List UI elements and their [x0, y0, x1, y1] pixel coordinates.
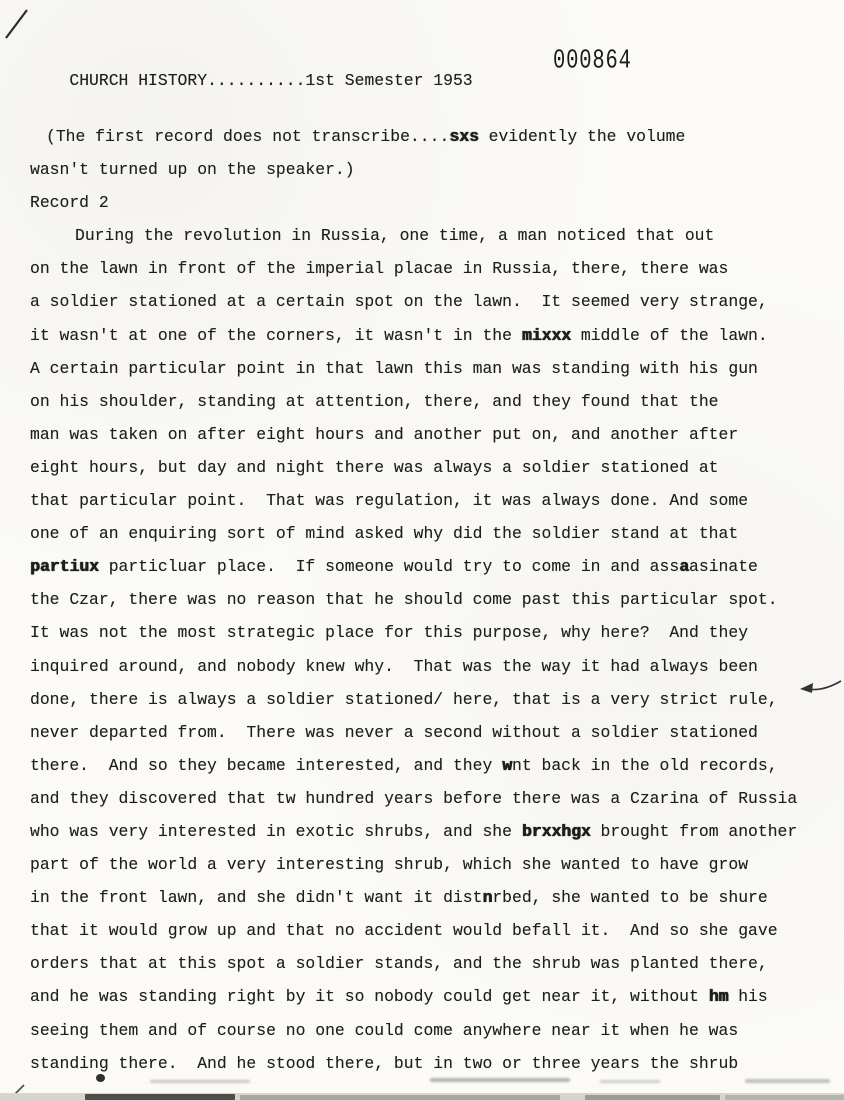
transcript-body: (The first record does not transcribe...…	[30, 120, 830, 1080]
typewritten-line: that particular point. That was regulati…	[30, 484, 830, 517]
typewritten-line: man was taken on after eight hours and a…	[30, 418, 830, 451]
text-segment: nt back in the old records,	[512, 756, 778, 775]
typewritten-line: on his shoulder, standing at attention, …	[30, 385, 830, 418]
overstruck-text: a	[679, 557, 689, 576]
typewritten-line: standing there. And he stood there, but …	[30, 1047, 830, 1080]
text-segment: brought from another	[591, 822, 798, 841]
top-left-slash-mark	[6, 10, 27, 38]
scan-artifact-smudge	[430, 1078, 570, 1082]
overstruck-text: sxs	[449, 127, 479, 146]
typewritten-line: never departed from. There was never a s…	[30, 716, 830, 749]
typewritten-line: in the front lawn, and she didn't want i…	[30, 881, 830, 914]
text-segment: who was very interested in exotic shrubs…	[30, 822, 522, 841]
typewritten-line: wasn't turned up on the speaker.)	[30, 153, 830, 186]
page-header: CHURCH HISTORY..........1st Semester 195…	[30, 52, 820, 128]
text-segment: A certain particular point in that lawn …	[30, 359, 758, 378]
scan-edge-segment	[85, 1094, 235, 1100]
text-segment: it wasn't at one of the corners, it wasn…	[30, 326, 522, 345]
text-segment: part of the world a very interesting shr…	[30, 855, 748, 874]
text-segment: there. And so they became interested, an…	[30, 756, 502, 775]
scan-edge-segment	[240, 1095, 560, 1100]
bottom-scan-edge	[0, 1093, 844, 1101]
typewritten-line: and they discovered that tw hundred year…	[30, 782, 830, 815]
text-segment: Record 2	[30, 193, 109, 212]
scan-edge-segment	[585, 1095, 720, 1100]
course-title: CHURCH HISTORY..........1st Semester 195…	[69, 71, 472, 90]
text-segment: middle of the lawn.	[571, 326, 768, 345]
typewritten-line: the Czar, there was no reason that he sh…	[30, 583, 830, 616]
text-segment: It was not the most strategic place for …	[30, 623, 748, 642]
text-segment: that particular point. That was regulati…	[30, 491, 748, 510]
typewritten-line: It was not the most strategic place for …	[30, 616, 830, 649]
text-segment: seeing them and of course no one could c…	[30, 1021, 738, 1040]
typewritten-line: During the revolution in Russia, one tim…	[30, 219, 830, 252]
typewritten-line: orders that at this spot a soldier stand…	[30, 947, 830, 980]
text-segment: evidently the volume	[479, 127, 686, 146]
text-segment: that it would grow up and that no accide…	[30, 921, 778, 940]
typewritten-line: eight hours, but day and night there was…	[30, 451, 830, 484]
text-segment: asinate	[689, 557, 758, 576]
text-segment: inquired around, and nobody knew why. Th…	[30, 657, 758, 676]
typewritten-line: a soldier stationed at a certain spot on…	[30, 285, 830, 318]
typewritten-line: seeing them and of course no one could c…	[30, 1014, 830, 1047]
text-segment: done, there is always a soldier statione…	[30, 690, 778, 709]
typewritten-line: who was very interested in exotic shrubs…	[30, 815, 830, 848]
overstruck-text: n	[482, 888, 492, 907]
overstruck-text: mixxx	[522, 326, 571, 345]
text-segment: man was taken on after eight hours and a…	[30, 425, 738, 444]
overstruck-text: partiux	[30, 557, 99, 576]
typewritten-line: it wasn't at one of the corners, it wasn…	[30, 319, 830, 352]
typewritten-line: part of the world a very interesting shr…	[30, 848, 830, 881]
text-segment: orders that at this spot a soldier stand…	[30, 954, 768, 973]
scan-artifact-smudge	[150, 1080, 250, 1083]
typewritten-line: partiux particluar place. If someone wou…	[30, 550, 830, 583]
text-segment: standing there. And he stood there, but …	[30, 1054, 738, 1073]
scan-artifact-smudge	[745, 1079, 830, 1083]
typewritten-line: done, there is always a soldier statione…	[30, 683, 830, 716]
typewritten-line: and he was standing right by it so nobod…	[30, 980, 830, 1013]
scan-artifact-dot	[96, 1074, 105, 1082]
document-page: CHURCH HISTORY..........1st Semester 195…	[0, 0, 844, 1101]
text-segment: never departed from. There was never a s…	[30, 723, 758, 742]
text-segment: and he was standing right by it so nobod…	[30, 987, 709, 1006]
text-segment: on the lawn in front of the imperial pla…	[30, 259, 728, 278]
document-number-stamp: 000864	[553, 45, 632, 76]
text-segment: and they discovered that tw hundred year…	[30, 789, 797, 808]
text-segment: on his shoulder, standing at attention, …	[30, 392, 719, 411]
text-segment: in the front lawn, and she didn't want i…	[30, 888, 482, 907]
text-segment: his	[728, 987, 767, 1006]
typewritten-line: one of an enquiring sort of mind asked w…	[30, 517, 830, 550]
text-segment: During the revolution in Russia, one tim…	[75, 226, 714, 245]
typewritten-line: inquired around, and nobody knew why. Th…	[30, 650, 830, 683]
overstruck-text: w	[502, 756, 512, 775]
typewritten-line: there. And so they became interested, an…	[30, 749, 830, 782]
text-segment: eight hours, but day and night there was…	[30, 458, 719, 477]
text-segment: wasn't turned up on the speaker.)	[30, 160, 355, 179]
text-segment: the Czar, there was no reason that he sh…	[30, 590, 778, 609]
typewritten-line: that it would grow up and that no accide…	[30, 914, 830, 947]
text-segment: rbed, she wanted to be shure	[492, 888, 767, 907]
scan-artifact-smudge	[600, 1080, 660, 1083]
typewritten-line: Record 2	[30, 186, 830, 219]
scan-edge-segment	[725, 1095, 844, 1100]
typewritten-line: on the lawn in front of the imperial pla…	[30, 252, 830, 285]
text-segment: a soldier stationed at a certain spot on…	[30, 292, 768, 311]
text-segment: (The first record does not transcribe...…	[46, 127, 449, 146]
typewritten-line: A certain particular point in that lawn …	[30, 352, 830, 385]
overstruck-text: brxxhgx	[522, 822, 591, 841]
text-segment: one of an enquiring sort of mind asked w…	[30, 524, 738, 543]
text-segment: particluar place. If someone would try t…	[99, 557, 679, 576]
typewritten-line: (The first record does not transcribe...…	[30, 120, 830, 153]
overstruck-text: hm	[709, 987, 729, 1006]
